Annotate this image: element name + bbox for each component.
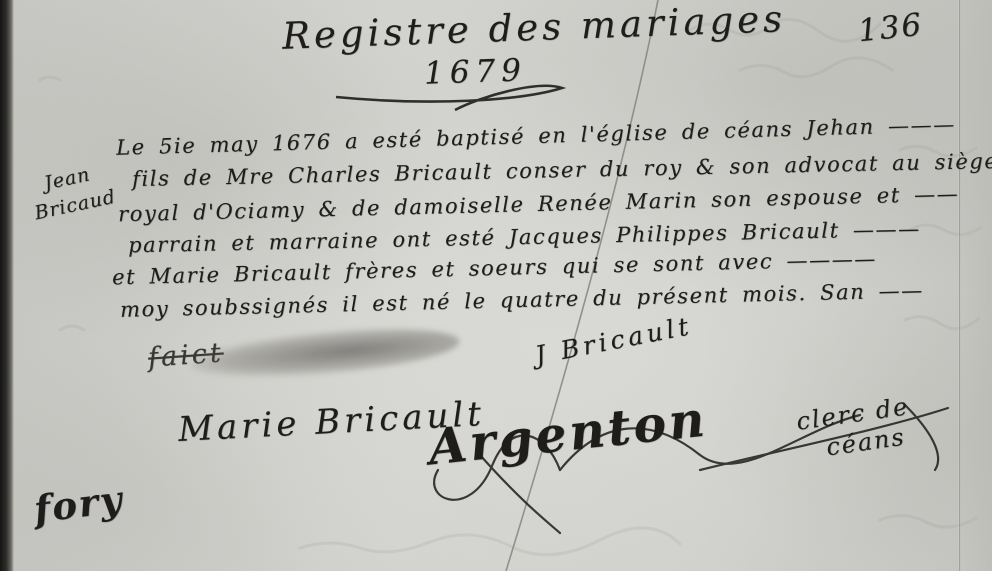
margin-note-line1: Jean (42, 163, 92, 194)
page-number: 136 (856, 7, 925, 50)
page-edge-right (961, 0, 992, 571)
ink-smudge (189, 320, 462, 385)
signature-j-bricault: J Bricault (533, 311, 695, 370)
register-title: Registre des mariages (281, 0, 786, 58)
fold-line-right (958, 0, 961, 571)
notary-paraph: fory (32, 477, 126, 532)
register-year: 1679 (423, 52, 527, 92)
binding-edge-left (0, 0, 14, 571)
register-page-scan: Registre des mariages 1679 136 Jean Bric… (0, 0, 992, 571)
